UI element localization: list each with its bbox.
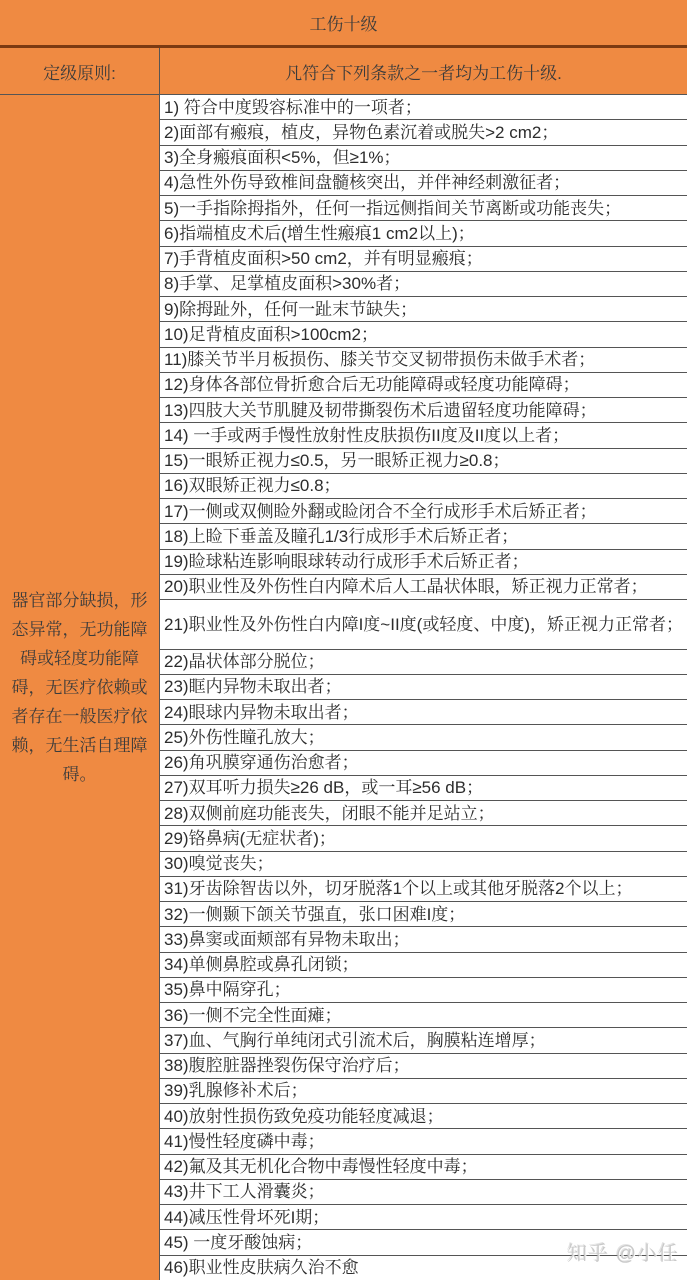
criteria-row: 11)膝关节半月板损伤、膝关节交叉韧带损伤未做手术者；: [160, 348, 687, 373]
criteria-row: 42)氟及其无机化合物中毒慢性轻度中毒；: [160, 1155, 687, 1180]
criteria-text: 17)一侧或双侧睑外翻或睑闭合不全行成形手术后矫正者；: [164, 499, 597, 524]
criteria-row: 41)慢性轻度磷中毒；: [160, 1129, 687, 1154]
criteria-row: 13)四肢大关节肌腱及韧带撕裂伤术后遗留轻度功能障碍；: [160, 398, 687, 423]
criteria-row: 15)一眼矫正视力≤0.5，另一眼矫正视力≥0.8；: [160, 449, 687, 474]
criteria-text: 28)双侧前庭功能丧失，闭眼不能并足站立；: [164, 801, 495, 826]
criteria-text: 8)手掌、足掌植皮面积>30%者；: [164, 272, 410, 297]
criteria-row: 5)一手指除拇指外，任何一指远侧指间关节离断或功能丧失；: [160, 196, 687, 221]
criteria-text: 43)井下工人滑囊炎；: [164, 1180, 325, 1205]
criteria-row: 32)一侧颞下颌关节强直，张口困难I度；: [160, 902, 687, 927]
criteria-row: 29)铬鼻病(无症状者)；: [160, 826, 687, 851]
criteria-row: 24)眼球内异物未取出者；: [160, 700, 687, 725]
criteria-row: 40)放射性损伤致免疫功能轻度减退；: [160, 1104, 687, 1129]
criteria-row: 27)双耳听力损失≥26 dB，或一耳≥56 dB；: [160, 776, 687, 801]
criteria-text: 4)急性外伤导致椎间盘髓核突出，并伴神经刺激征者；: [164, 171, 570, 196]
criteria-row: 8)手掌、足掌植皮面积>30%者；: [160, 272, 687, 297]
criteria-text: 41)慢性轻度磷中毒；: [164, 1129, 325, 1154]
criteria-row: 19)睑球粘连影响眼球转动行成形手术后矫正者；: [160, 550, 687, 575]
criteria-text: 37)血、气胸行单纯闭式引流术后，胸膜粘连增厚；: [164, 1028, 546, 1053]
criteria-text: 15)一眼矫正视力≤0.5，另一眼矫正视力≥0.8；: [164, 449, 510, 474]
criteria-text: 40)放射性损伤致免疫功能轻度减退；: [164, 1104, 444, 1129]
criteria-text: 32)一侧颞下颌关节强直，张口困难I度；: [164, 902, 465, 927]
criteria-text: 33)鼻窦或面颊部有异物未取出；: [164, 927, 410, 952]
criteria-row: 37)血、气胸行单纯闭式引流术后，胸膜粘连增厚；: [160, 1028, 687, 1053]
criteria-row: 39)乳腺修补术后；: [160, 1079, 687, 1104]
criteria-row: 1) 符合中度毁容标准中的一项者；: [160, 95, 687, 120]
criteria-text: 26)角巩膜穿通伤治愈者；: [164, 751, 359, 776]
criteria-row: 30)嗅觉丧失；: [160, 852, 687, 877]
criteria-row: 33)鼻窦或面颊部有异物未取出；: [160, 927, 687, 952]
criteria-text: 21)职业性及外伤性白内障I度~II度(或轻度、中度)，矫正视力正常者；: [164, 612, 683, 637]
criteria-text: 25)外伤性瞳孔放大；: [164, 725, 325, 750]
criteria-row: 43)井下工人滑囊炎；: [160, 1180, 687, 1205]
criteria-text: 6)指端植皮术后(增生性瘢痕1 cm2以上)；: [164, 221, 475, 246]
criteria-text: 23)眶内异物未取出者；: [164, 675, 342, 700]
criteria-text: 29)铬鼻病(无症状者)；: [164, 826, 336, 851]
criteria-text: 14) 一手或两手慢性放射性皮肤损伤II度及II度以上者；: [164, 423, 569, 448]
criteria-text: 11)膝关节半月板损伤、膝关节交叉韧带损伤未做手术者；: [164, 348, 595, 373]
grade-description-cell: 器官部分缺损，形态异常，无功能障碍或轻度功能障碍，无医疗依赖或者存在一般医疗依赖…: [0, 95, 160, 1280]
criteria-row: 4)急性外伤导致椎间盘髓核突出，并伴神经刺激征者；: [160, 171, 687, 196]
criteria-text: 2)面部有瘢痕，植皮，异物色素沉着或脱失>2 cm2；: [164, 120, 558, 145]
principle-value: 凡符合下列条款之一者均为工伤十级.: [160, 48, 687, 94]
criteria-row: 22)晶状体部分脱位；: [160, 650, 687, 675]
criteria-text: 27)双耳听力损失≥26 dB，或一耳≥56 dB；: [164, 776, 483, 801]
criteria-row: 10)足背植皮面积>100cm2；: [160, 322, 687, 347]
criteria-row: 9)除拇趾外，任何一趾末节缺失；: [160, 297, 687, 322]
criteria-row: 21)职业性及外伤性白内障I度~II度(或轻度、中度)，矫正视力正常者；: [160, 600, 687, 650]
criteria-text: 22)晶状体部分脱位；: [164, 650, 325, 675]
criteria-text: 38)腹腔脏器挫裂伤保守治疗后；: [164, 1054, 410, 1079]
work-injury-grade10-table: 工伤十级 定级原则: 凡符合下列条款之一者均为工伤十级. 器官部分缺损，形态异常…: [0, 0, 687, 1280]
criteria-row: 17)一侧或双侧睑外翻或睑闭合不全行成形手术后矫正者；: [160, 499, 687, 524]
criteria-row: 3)全身瘢痕面积<5%，但≥1%；: [160, 146, 687, 171]
criteria-text: 10)足背植皮面积>100cm2；: [164, 322, 378, 347]
criteria-row: 7)手背植皮面积>50 cm2，并有明显瘢痕；: [160, 247, 687, 272]
criteria-row: 16)双眼矫正视力≤0.8；: [160, 474, 687, 499]
table-body: 器官部分缺损，形态异常，无功能障碍或轻度功能障碍，无医疗依赖或者存在一般医疗依赖…: [0, 95, 687, 1280]
criteria-text: 42)氟及其无机化合物中毒慢性轻度中毒；: [164, 1155, 478, 1180]
criteria-text: 30)嗅觉丧失；: [164, 852, 274, 877]
criteria-text: 13)四肢大关节肌腱及韧带撕裂伤术后遗留轻度功能障碍；: [164, 398, 597, 423]
criteria-text: 7)手背植皮面积>50 cm2，并有明显瘢痕；: [164, 247, 483, 272]
criteria-row: 14) 一手或两手慢性放射性皮肤损伤II度及II度以上者；: [160, 423, 687, 448]
principle-row: 定级原则: 凡符合下列条款之一者均为工伤十级.: [0, 48, 687, 95]
criteria-text: 36)一侧不完全性面瘫；: [164, 1003, 342, 1028]
criteria-row: 18)上睑下垂盖及瞳孔1/3行成形手术后矫正者；: [160, 524, 687, 549]
criteria-text: 39)乳腺修补术后；: [164, 1079, 308, 1104]
criteria-row: 20)职业性及外伤性白内障术后人工晶状体眼，矫正视力正常者；: [160, 575, 687, 600]
criteria-row: 44)减压性骨坏死I期；: [160, 1205, 687, 1230]
criteria-row: 45) 一度牙酸蚀病；: [160, 1230, 687, 1255]
criteria-text: 45) 一度牙酸蚀病；: [164, 1230, 312, 1255]
criteria-text: 31)牙齿除智齿以外，切牙脱落1个以上或其他牙脱落2个以上；: [164, 877, 632, 902]
criteria-list: 1) 符合中度毁容标准中的一项者； 2)面部有瘢痕，植皮，异物色素沉着或脱失>2…: [160, 95, 687, 1280]
criteria-text: 1) 符合中度毁容标准中的一项者；: [164, 95, 422, 120]
criteria-row: 31)牙齿除智齿以外，切牙脱落1个以上或其他牙脱落2个以上；: [160, 877, 687, 902]
criteria-text: 24)眼球内异物未取出者；: [164, 700, 359, 725]
criteria-text: 9)除拇趾外，任何一趾末节缺失；: [164, 297, 417, 322]
criteria-text: 34)单侧鼻腔或鼻孔闭锁；: [164, 953, 359, 978]
criteria-row: 6)指端植皮术后(增生性瘢痕1 cm2以上)；: [160, 221, 687, 246]
table-title: 工伤十级: [0, 0, 687, 45]
criteria-text: 12)身体各部位骨折愈合后无功能障碍或轻度功能障碍；: [164, 373, 580, 398]
criteria-text: 44)减压性骨坏死I期；: [164, 1205, 329, 1230]
criteria-text: 18)上睑下垂盖及瞳孔1/3行成形手术后矫正者；: [164, 524, 518, 549]
criteria-row: 34)单侧鼻腔或鼻孔闭锁；: [160, 953, 687, 978]
criteria-row: 35)鼻中隔穿孔；: [160, 978, 687, 1003]
criteria-text: 46)职业性皮肤病久治不愈: [164, 1256, 359, 1280]
criteria-row: 12)身体各部位骨折愈合后无功能障碍或轻度功能障碍；: [160, 373, 687, 398]
criteria-row: 28)双侧前庭功能丧失，闭眼不能并足站立；: [160, 801, 687, 826]
criteria-text: 5)一手指除拇指外，任何一指远侧指间关节离断或功能丧失；: [164, 196, 621, 221]
principle-label: 定级原则:: [0, 48, 160, 94]
criteria-row: 46)职业性皮肤病久治不愈: [160, 1256, 687, 1280]
criteria-row: 38)腹腔脏器挫裂伤保守治疗后；: [160, 1054, 687, 1079]
criteria-text: 20)职业性及外伤性白内障术后人工晶状体眼，矫正视力正常者；: [164, 575, 648, 600]
criteria-row: 23)眶内异物未取出者；: [160, 675, 687, 700]
criteria-text: 16)双眼矫正视力≤0.8；: [164, 474, 341, 499]
criteria-text: 35)鼻中隔穿孔；: [164, 978, 291, 1003]
criteria-row: 25)外伤性瞳孔放大；: [160, 725, 687, 750]
criteria-text: 19)睑球粘连影响眼球转动行成形手术后矫正者；: [164, 550, 529, 575]
criteria-row: 36)一侧不完全性面瘫；: [160, 1003, 687, 1028]
criteria-text: 3)全身瘢痕面积<5%，但≥1%；: [164, 146, 401, 171]
criteria-row: 26)角巩膜穿通伤治愈者；: [160, 751, 687, 776]
criteria-row: 2)面部有瘢痕，植皮，异物色素沉着或脱失>2 cm2；: [160, 120, 687, 145]
